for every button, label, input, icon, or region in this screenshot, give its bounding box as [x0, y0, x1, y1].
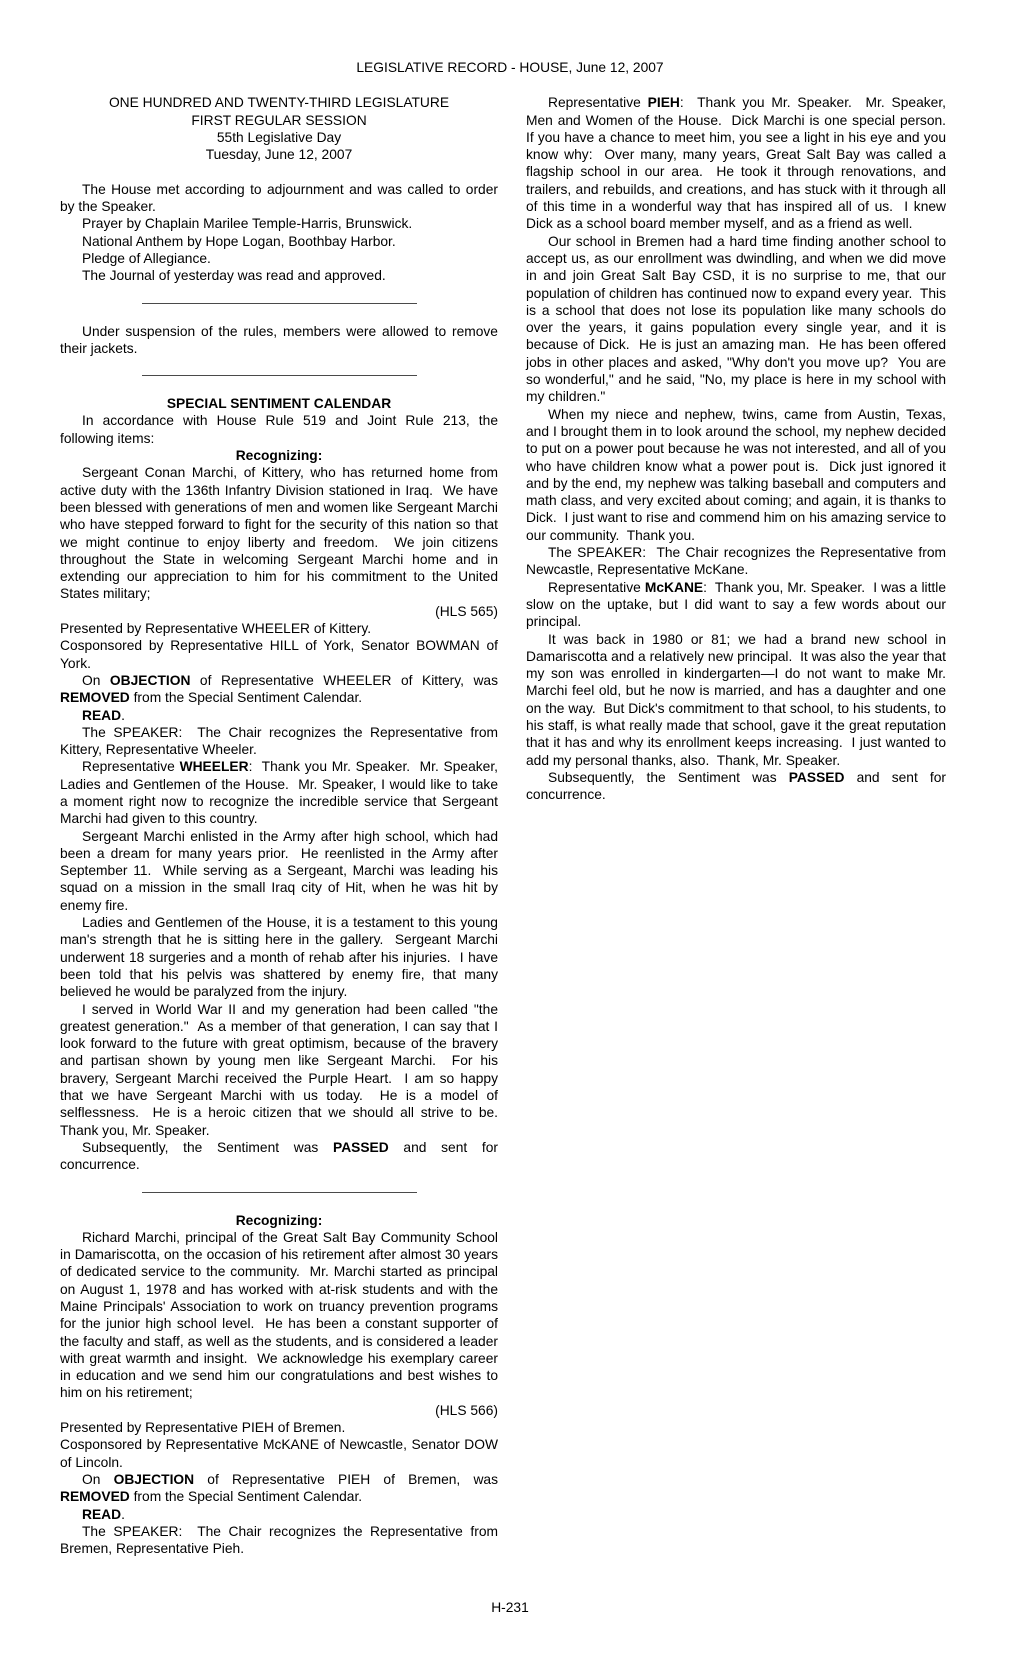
paragraph: Cosponsored by Representative HILL of Yo… [60, 637, 498, 672]
text-run: National Anthem by Hope Logan, Boothbay … [82, 234, 396, 249]
text-run: Representative [82, 759, 180, 774]
bold-text-run: OBJECTION [110, 673, 191, 688]
paragraph: The SPEAKER: The Chair recognizes the Re… [60, 1523, 498, 1558]
bold-text-run: PASSED [333, 1140, 389, 1155]
paragraph: Representative PIEH: Thank you Mr. Speak… [526, 94, 946, 232]
paragraph: Ladies and Gentlemen of the House, it is… [60, 914, 498, 1000]
text-run: Under suspension of the rules, members w… [60, 324, 502, 356]
section-divider [142, 1192, 417, 1193]
paragraph: Subsequently, the Sentiment was PASSED a… [60, 1139, 498, 1174]
sentiment-ref: (HLS 566) [60, 1402, 498, 1419]
page-number: H-231 [0, 1599, 1020, 1616]
text-run: of Representative WHEELER of Kittery, wa… [190, 673, 501, 688]
text-run: Cosponsored by Representative HILL of Yo… [60, 638, 502, 670]
bold-text-run: OBJECTION [114, 1472, 195, 1487]
text-run: (HLS 565) [435, 604, 498, 619]
text-run: ONE HUNDRED AND TWENTY-THIRD LEGISLATURE [109, 95, 449, 110]
paragraph: Richard Marchi, principal of the Great S… [60, 1229, 498, 1402]
text-run: Prayer by Chaplain Marilee Temple-Harris… [82, 216, 412, 231]
text-run: Cosponsored by Representative McKANE of … [60, 1437, 502, 1469]
bold-text-run: REMOVED [60, 1489, 130, 1504]
left-column: ONE HUNDRED AND TWENTY-THIRD LEGISLATURE… [60, 94, 498, 1557]
session-info-line: FIRST REGULAR SESSION [60, 112, 498, 129]
paragraph: On OBJECTION of Representative PIEH of B… [60, 1471, 498, 1506]
paragraph: Sergeant Conan Marchi, of Kittery, who h… [60, 464, 498, 602]
text-run: Sergeant Conan Marchi, of Kittery, who h… [60, 465, 502, 601]
text-run: . [121, 708, 125, 723]
session-info-line: ONE HUNDRED AND TWENTY-THIRD LEGISLATURE [60, 94, 498, 111]
paragraph: Cosponsored by Representative McKANE of … [60, 1436, 498, 1471]
paragraph: The House met according to adjournment a… [60, 181, 498, 216]
text-run: from the Special Sentiment Calendar. [130, 1489, 362, 1504]
paragraph: Prayer by Chaplain Marilee Temple-Harris… [60, 215, 498, 232]
text-run: When my niece and nephew, twins, came fr… [526, 407, 950, 543]
paragraph: Subsequently, the Sentiment was PASSED a… [526, 769, 946, 804]
paragraph: READ. [60, 1506, 498, 1523]
section-divider [142, 303, 417, 304]
session-info-line: Tuesday, June 12, 2007 [60, 146, 498, 163]
paragraph: Presented by Representative PIEH of Brem… [60, 1419, 498, 1436]
text-run: Subsequently, the Sentiment was [548, 770, 789, 785]
text-run: On [82, 673, 110, 688]
paragraph: Representative WHEELER: Thank you Mr. Sp… [60, 758, 498, 827]
paragraph: Our school in Bremen had a hard time fin… [526, 233, 946, 406]
paragraph: It was back in 1980 or 81; we had a bran… [526, 631, 946, 769]
page-header: LEGISLATIVE RECORD - HOUSE, June 12, 200… [0, 59, 1020, 76]
section-heading: Recognizing: [60, 447, 498, 464]
text-run: The SPEAKER: The Chair recognizes the Re… [526, 545, 950, 577]
paragraph: National Anthem by Hope Logan, Boothbay … [60, 233, 498, 250]
paragraph: I served in World War II and my generati… [60, 1001, 498, 1139]
text-run: (HLS 566) [435, 1403, 498, 1418]
text-run: The SPEAKER: The Chair recognizes the Re… [60, 1524, 502, 1556]
session-info-line: 55th Legislative Day [60, 129, 498, 146]
document-page: LEGISLATIVE RECORD - HOUSE, June 12, 200… [0, 0, 1020, 1680]
text-run: Representative [548, 580, 645, 595]
text-run: Sergeant Marchi enlisted in the Army aft… [60, 829, 502, 913]
bold-text-run: Recognizing: [236, 448, 323, 463]
section-heading: SPECIAL SENTIMENT CALENDAR [60, 395, 498, 412]
text-run: 55th Legislative Day [217, 130, 341, 145]
text-run: In accordance with House Rule 519 and Jo… [60, 413, 502, 445]
paragraph: In accordance with House Rule 519 and Jo… [60, 412, 498, 447]
paragraph: Under suspension of the rules, members w… [60, 323, 498, 358]
bold-text-run: McKANE [645, 580, 703, 595]
section-heading: Recognizing: [60, 1212, 498, 1229]
text-run: of Representative PIEH of Bremen, was [194, 1472, 502, 1487]
text-run: The House met according to adjournment a… [60, 182, 502, 214]
paragraph: Pledge of Allegiance. [60, 250, 498, 267]
text-run: Pledge of Allegiance. [82, 251, 211, 266]
text-run: FIRST REGULAR SESSION [191, 113, 366, 128]
text-run: Tuesday, June 12, 2007 [206, 147, 353, 162]
text-run: from the Special Sentiment Calendar. [130, 690, 362, 705]
paragraph: READ. [60, 707, 498, 724]
paragraph: The SPEAKER: The Chair recognizes the Re… [526, 544, 946, 579]
bold-text-run: WHEELER [180, 759, 249, 774]
paragraph: Sergeant Marchi enlisted in the Army aft… [60, 828, 498, 914]
bold-text-run: Recognizing: [236, 1213, 323, 1228]
text-run: Richard Marchi, principal of the Great S… [60, 1230, 502, 1401]
sentiment-ref: (HLS 565) [60, 603, 498, 620]
text-run: I served in World War II and my generati… [60, 1002, 506, 1138]
text-run: The SPEAKER: The Chair recognizes the Re… [60, 725, 502, 757]
paragraph: When my niece and nephew, twins, came fr… [526, 406, 946, 544]
paragraph: Presented by Representative WHEELER of K… [60, 620, 498, 637]
paragraph: On OBJECTION of Representative WHEELER o… [60, 672, 498, 707]
paragraph: Representative McKANE: Thank you, Mr. Sp… [526, 579, 946, 631]
text-run: On [82, 1472, 114, 1487]
bold-text-run: READ [82, 1507, 121, 1522]
text-run: Our school in Bremen had a hard time fin… [526, 234, 950, 405]
text-run: The Journal of yesterday was read and ap… [82, 268, 386, 283]
blank-line [60, 163, 498, 180]
text-run: Subsequently, the Sentiment was [82, 1140, 333, 1155]
text-run: Ladies and Gentlemen of the House, it is… [60, 915, 502, 999]
bold-text-run: PASSED [789, 770, 845, 785]
text-run: Representative [548, 95, 648, 110]
text-run: It was back in 1980 or 81; we had a bran… [526, 632, 950, 768]
right-column: Representative PIEH: Thank you Mr. Speak… [526, 94, 946, 803]
bold-text-run: READ [82, 708, 121, 723]
bold-text-run: SPECIAL SENTIMENT CALENDAR [167, 396, 391, 411]
paragraph: The Journal of yesterday was read and ap… [60, 267, 498, 284]
section-divider [142, 375, 417, 376]
text-run: . [121, 1507, 125, 1522]
text-run: Presented by Representative WHEELER of K… [60, 621, 371, 636]
text-run: : Thank you Mr. Speaker. Mr. Speaker, Me… [526, 95, 954, 231]
text-run: Presented by Representative PIEH of Brem… [60, 1420, 345, 1435]
bold-text-run: REMOVED [60, 690, 130, 705]
paragraph: The SPEAKER: The Chair recognizes the Re… [60, 724, 498, 759]
bold-text-run: PIEH [648, 95, 680, 110]
content-columns: ONE HUNDRED AND TWENTY-THIRD LEGISLATURE… [60, 94, 946, 1557]
